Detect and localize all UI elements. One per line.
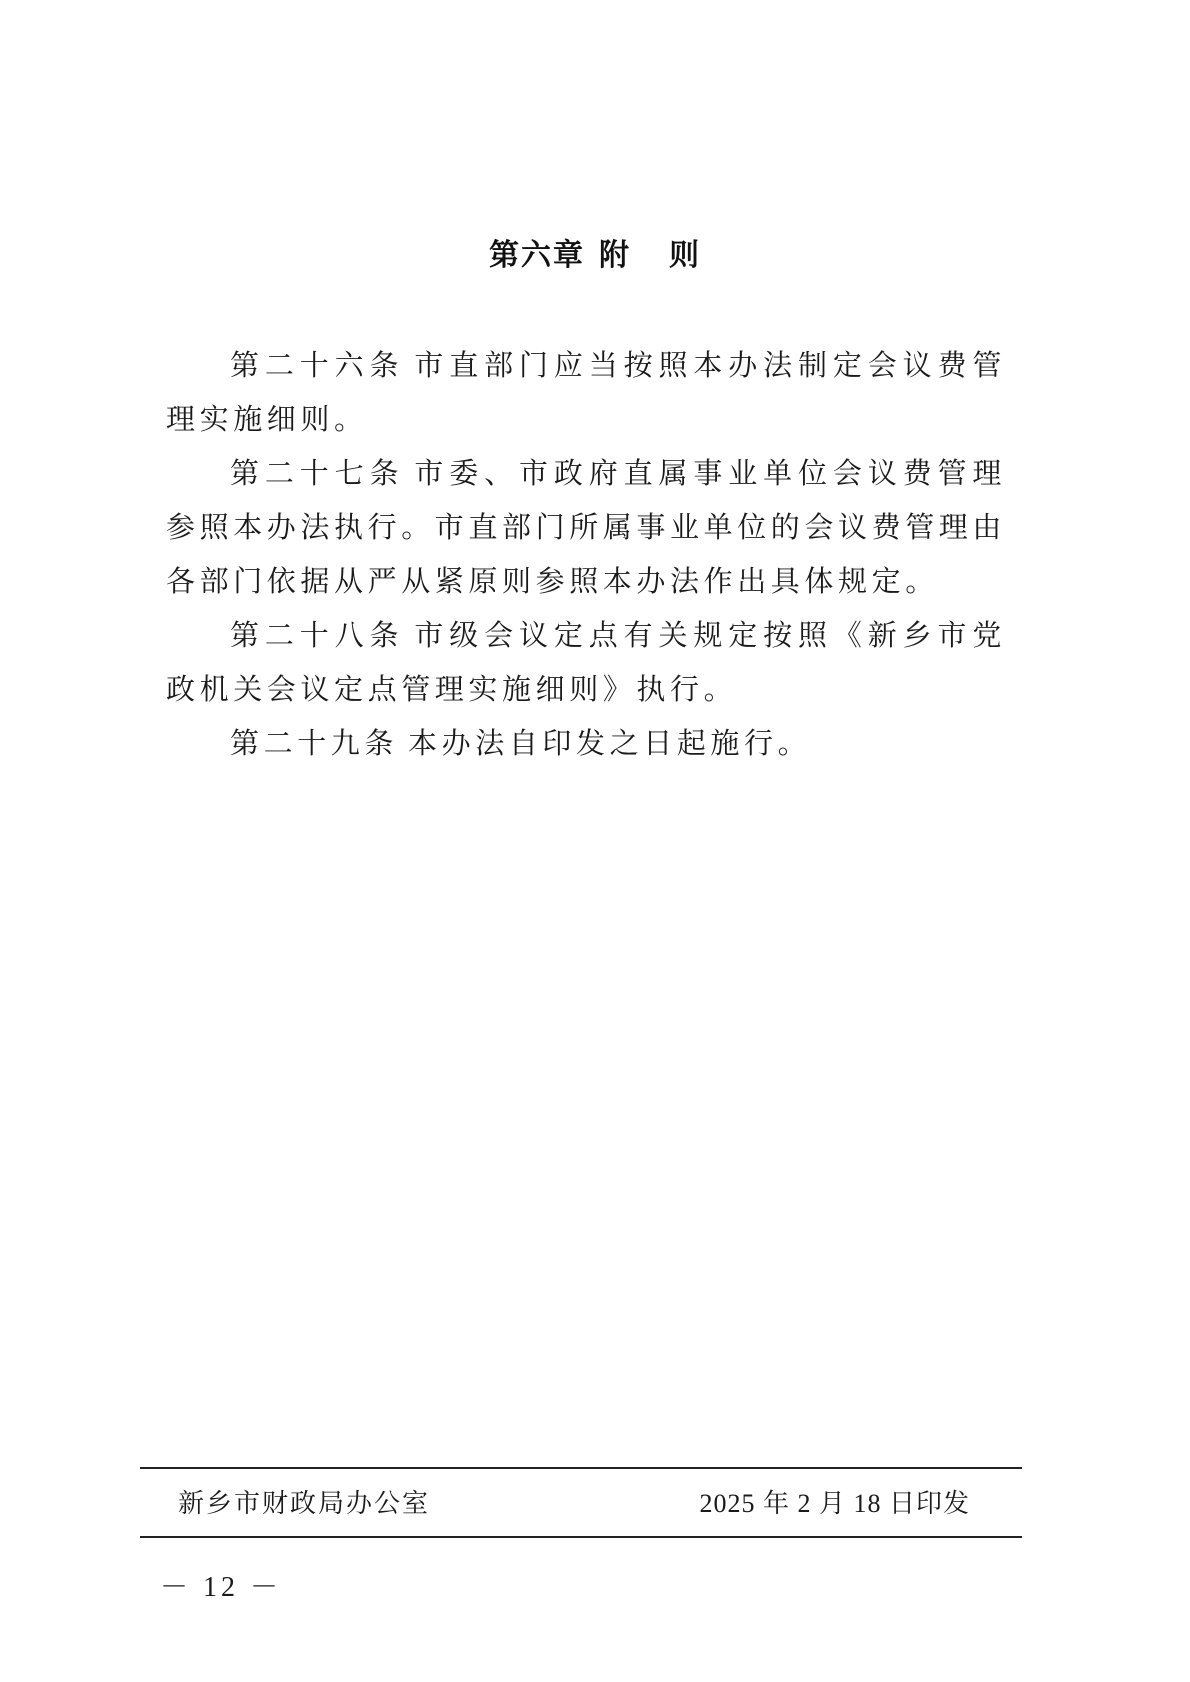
article-number: 第二十九条 (230, 726, 398, 760)
article-26: 第二十六条市直部门应当按照本办法制定会议费管理实施细则。 (166, 338, 1006, 446)
article-27: 第二十七条市委、市政府直属事业单位会议费管理参照本办法执行。市直部门所属事业单位… (166, 446, 1006, 608)
imprint-bottom-rule (140, 1536, 1022, 1538)
article-29: 第二十九条本办法自印发之日起施行。 (166, 716, 1006, 770)
article-number: 第二十六条 (230, 348, 404, 382)
chapter-title-word-1: 附 (599, 238, 631, 273)
article-number: 第二十七条 (230, 456, 404, 490)
imprint-top-rule (140, 1467, 1022, 1469)
page-number: － 12 － (160, 1565, 282, 1605)
imprint-line: 新乡市财政局办公室 2025 年 2 月 18 日印发 (140, 1482, 1022, 1526)
article-28: 第二十八条市级会议定点有关规定按照《新乡市党政机关会议定点管理实施细则》执行。 (166, 608, 1006, 716)
chapter-title-number: 第六章 (489, 238, 585, 273)
issuing-organization: 新乡市财政局办公室 (178, 1482, 430, 1526)
chapter-title: 第六章附则 (0, 230, 1190, 274)
article-text: 本办法自印发之日起施行。 (408, 726, 811, 760)
chapter-title-word-2: 则 (669, 238, 701, 273)
article-number: 第二十八条 (230, 618, 404, 652)
document-page: 第六章附则 第二十六条市直部门应当按照本办法制定会议费管理实施细则。 第二十七条… (0, 0, 1190, 1682)
issue-date: 2025 年 2 月 18 日印发 (699, 1482, 970, 1526)
articles-body: 第二十六条市直部门应当按照本办法制定会议费管理实施细则。 第二十七条市委、市政府… (166, 338, 1006, 770)
